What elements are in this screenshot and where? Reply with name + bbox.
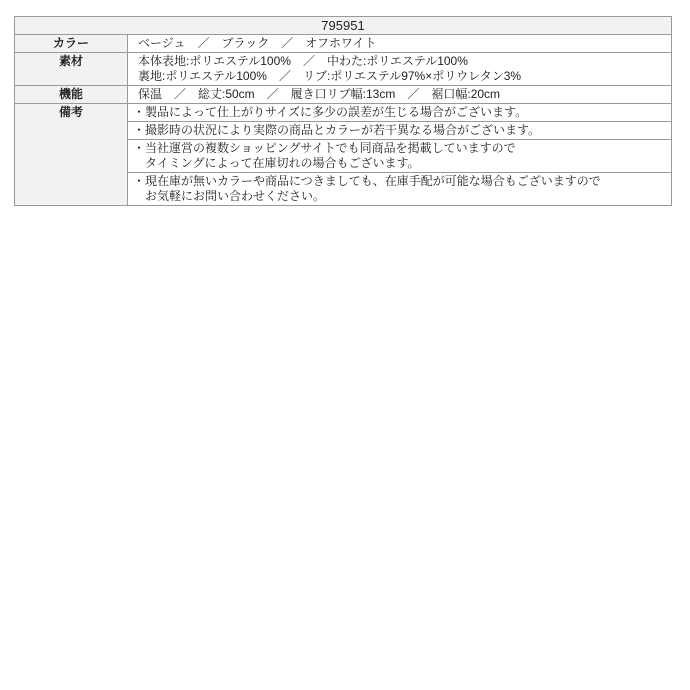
remark-item-2: ・撮影時の状況により実際の商品とカラーが若干異なる場合がございます。 (128, 122, 672, 140)
remark-4-line-1: ・現在庫が無いカラーや商品につきましても、在庫手配が可能な場合もございますので (133, 174, 669, 189)
product-spec-table: 795951 カラー ベージュ ／ ブラック ／ オフホワイト 素材 本体表地:… (14, 16, 672, 206)
function-line: 保温 ／ 総丈:50cm ／ 履き口リブ幅:13cm ／ 裾口幅:20cm (138, 87, 669, 102)
remark-item-3: ・当社運営の複数ショッピングサイトでも同商品を掲載していますので タイミングによ… (128, 140, 672, 173)
table-row-remarks-1: 備考 ・製品によって仕上がりサイズに多少の誤差が生じる場合がございます。 (15, 104, 672, 122)
table-row-material: 素材 本体表地:ポリエステル100% ／ 中わた:ポリエステル100% 裏地:ポ… (15, 53, 672, 86)
material-line-2: 裏地:ポリエステル100% ／ リブ:ポリエステル97%×ポリウレタン3% (138, 69, 669, 84)
color-line: ベージュ ／ ブラック ／ オフホワイト (138, 36, 669, 51)
remark-4-line-2: お気軽にお問い合わせください。 (133, 189, 669, 204)
row-label-color: カラー (15, 35, 128, 53)
row-value-material: 本体表地:ポリエステル100% ／ 中わた:ポリエステル100% 裏地:ポリエス… (128, 53, 672, 86)
remark-1-line-1: ・製品によって仕上がりサイズに多少の誤差が生じる場合がございます。 (133, 105, 669, 120)
row-value-color: ベージュ ／ ブラック ／ オフホワイト (128, 35, 672, 53)
row-value-function: 保温 ／ 総丈:50cm ／ 履き口リブ幅:13cm ／ 裾口幅:20cm (128, 86, 672, 104)
row-label-function: 機能 (15, 86, 128, 104)
material-line-1: 本体表地:ポリエステル100% ／ 中わた:ポリエステル100% (138, 54, 669, 69)
remark-item-4: ・現在庫が無いカラーや商品につきましても、在庫手配が可能な場合もございますので … (128, 173, 672, 206)
product-code: 795951 (15, 17, 672, 35)
remark-2-line-1: ・撮影時の状況により実際の商品とカラーが若干異なる場合がございます。 (133, 123, 669, 138)
remark-item-1: ・製品によって仕上がりサイズに多少の誤差が生じる場合がございます。 (128, 104, 672, 122)
row-label-material: 素材 (15, 53, 128, 86)
table-row-color: カラー ベージュ ／ ブラック ／ オフホワイト (15, 35, 672, 53)
row-label-remarks: 備考 (15, 104, 128, 206)
remark-3-line-2: タイミングによって在庫切れの場合もございます。 (133, 156, 669, 171)
table-row-function: 機能 保温 ／ 総丈:50cm ／ 履き口リブ幅:13cm ／ 裾口幅:20cm (15, 86, 672, 104)
table-row-code: 795951 (15, 17, 672, 35)
remark-3-line-1: ・当社運営の複数ショッピングサイトでも同商品を掲載していますので (133, 141, 669, 156)
